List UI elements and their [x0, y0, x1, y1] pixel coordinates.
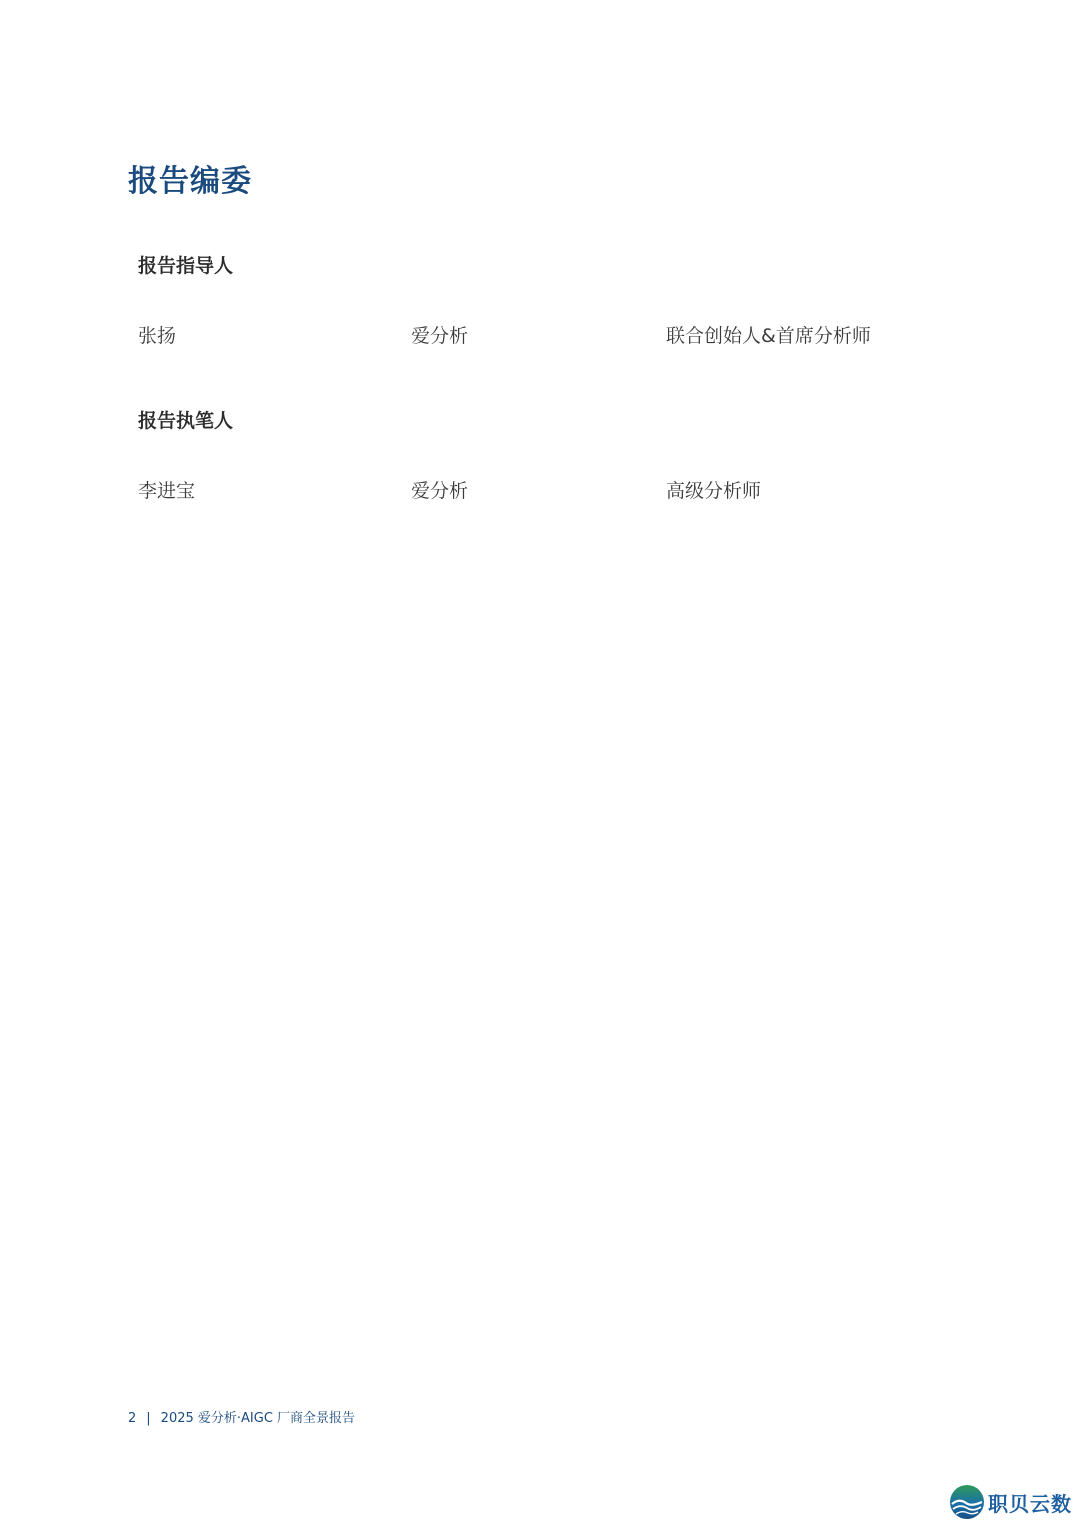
wave-globe-icon: [949, 1484, 985, 1520]
watermark-text: 职贝云数: [988, 1488, 1072, 1517]
watermark: 职贝云数: [949, 1482, 1072, 1522]
member-role: 高级分析师: [666, 476, 761, 506]
member-organization: 爱分析: [411, 321, 468, 351]
member-role: 联合创始人&首席分析师: [666, 321, 871, 351]
page-number: 2: [128, 1411, 136, 1426]
section-heading-advisor: 报告指导人: [138, 252, 233, 280]
page-title: 报告编委: [128, 160, 252, 204]
page-footer: 2|2025 爱分析·AIGC 厂商全景报告: [128, 1410, 355, 1428]
member-name: 张扬: [138, 321, 176, 351]
footer-report-title: 2025 爱分析·AIGC 厂商全景报告: [161, 1411, 355, 1426]
member-name: 李进宝: [138, 476, 195, 506]
footer-separator: |: [146, 1411, 150, 1426]
section-heading-writer: 报告执笔人: [138, 407, 233, 435]
member-organization: 爱分析: [411, 476, 468, 506]
member-row: 李进宝 爱分析 高级分析师: [138, 476, 938, 506]
member-row: 张扬 爱分析 联合创始人&首席分析师: [138, 321, 938, 351]
